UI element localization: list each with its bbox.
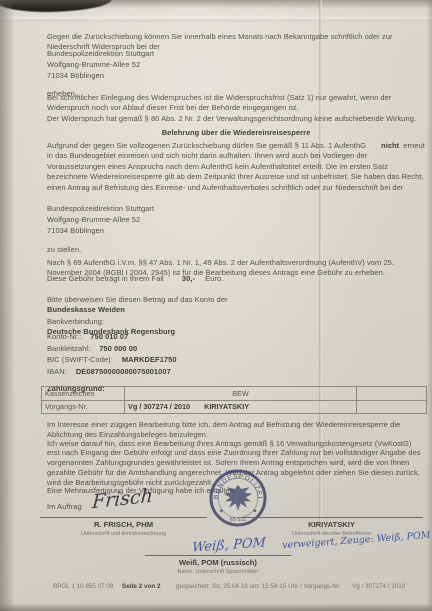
form-code: BPOL 1 10 855 07 09 <box>53 583 113 590</box>
bank-label: Bankverbindung: <box>47 317 425 327</box>
address-line: Bundespolizeidirektion Stuttgart <box>47 204 425 215</box>
fee-amount: 30,- <box>182 274 195 283</box>
saved-timestamp: gespeichert: So, 25.04.10 um: 15:54:15 U… <box>176 583 298 590</box>
table-cell-vorgangs-nr: Vorgangs-Nr. <box>42 400 124 414</box>
table-cell-bew: BEW <box>124 387 356 400</box>
scan-edge-right <box>426 0 432 611</box>
scan-edge-top <box>0 0 432 9</box>
address-line: Bundespolizeidirektion Stuttgart <box>47 49 425 60</box>
section-heading: Belehrung über die Wiedereinreisesperre <box>47 128 425 138</box>
authority-address-2: Bundespolizeidirektion Stuttgart Wolfgan… <box>47 204 425 236</box>
bank-details: Konto-Nr.:750 010 07 Bankleitzahl:750 00… <box>47 331 425 377</box>
signature-line-right <box>240 517 423 518</box>
vorgang-number: Vg / 307274 / 2010 <box>352 583 405 590</box>
table-cell-vorgang-value: Vg / 307274 / 2010KIRIYATSKIY <box>124 400 356 414</box>
transfer-note: Bitte überweisen Sie diesen Betrag auf d… <box>47 295 425 305</box>
interpreter-name: Weiß, POM (russisch) <box>145 558 291 567</box>
weiss-signature: Weiß, POM <box>192 535 267 555</box>
affected-person-name: KIRIYATSKIY <box>240 520 423 529</box>
fee-amount-line: Diese Gebühr beträgt in Ihrem Fall 30,- … <box>47 274 425 284</box>
iban-row: IBAN:DE08750000000075001007 <box>47 366 425 378</box>
scan-edge-bottom <box>0 603 432 611</box>
payment-reference-table: Kassenzeichen BEW Vorgangs-Nr. Vg / 3072… <box>41 386 427 414</box>
eagle-icon <box>224 485 253 511</box>
signature-line-left <box>40 517 207 518</box>
authority-address-1: Bundespolizeidirektion Stuttgart Wolfgan… <box>47 49 425 81</box>
scan-edge-left <box>0 0 15 611</box>
payee-name: Bundeskasse Weiden <box>47 305 425 315</box>
table-cell-kassenzeichen: Kassenzeichen <box>42 387 124 400</box>
official-caption: Unterschrift und Amtsbezeichnung <box>40 531 207 537</box>
address-line: Wolfgang-Brumme-Allee 52 <box>47 60 425 71</box>
processing-note-paragraph: Im Interesse einer zügigen Bearbeitung b… <box>47 420 425 441</box>
scanned-document: Gegen die Zurückschiebung können Sie inn… <box>0 0 432 611</box>
zu-stellen-line: zu stellen. <box>47 245 425 255</box>
address-line: Wolfgang-Brumme-Allee 52 <box>47 215 425 226</box>
page-indicator: Seite 2 von 2 <box>122 583 161 590</box>
address-line: 71034 Böblingen <box>47 226 425 237</box>
signature-line-middle <box>145 555 291 556</box>
bic-row: BIC (SWIFT-Code):MARKDEF1750 <box>47 354 425 366</box>
stamp-star-left: ★ <box>219 508 224 514</box>
account-number-row: Konto-Nr.:750 010 07 <box>47 331 425 343</box>
bold-nicht: nicht <box>381 141 399 150</box>
case-surname: KIRIYATSKIY <box>204 402 249 411</box>
table-cell-empty <box>356 387 426 400</box>
widerspruch-paragraph: Bei schriftlicher Einlegung des Widerspr… <box>47 93 425 124</box>
paper-crease-horizontal <box>0 15 432 23</box>
reentry-ban-paragraph: Aufgrund der gegen Sie vollzogenen Zurüc… <box>47 141 425 193</box>
interpreter-caption: Name, Unterschrift Sprachmittler <box>145 569 291 575</box>
official-name: R. FRISCH, PHM <box>40 520 207 529</box>
bank-code-row: Bankleitzahl:750 000 00 <box>47 343 425 355</box>
vorgang-label: / Vorgangs-Nr: <box>300 583 341 590</box>
table-cell-empty <box>356 400 426 414</box>
address-line: 71034 Böblingen <box>47 71 425 82</box>
bundespolizei-stamp: BUNDESPOLIZEI ★ ★ 65 521 <box>208 468 268 528</box>
stamp-star-right: ★ <box>252 508 257 514</box>
